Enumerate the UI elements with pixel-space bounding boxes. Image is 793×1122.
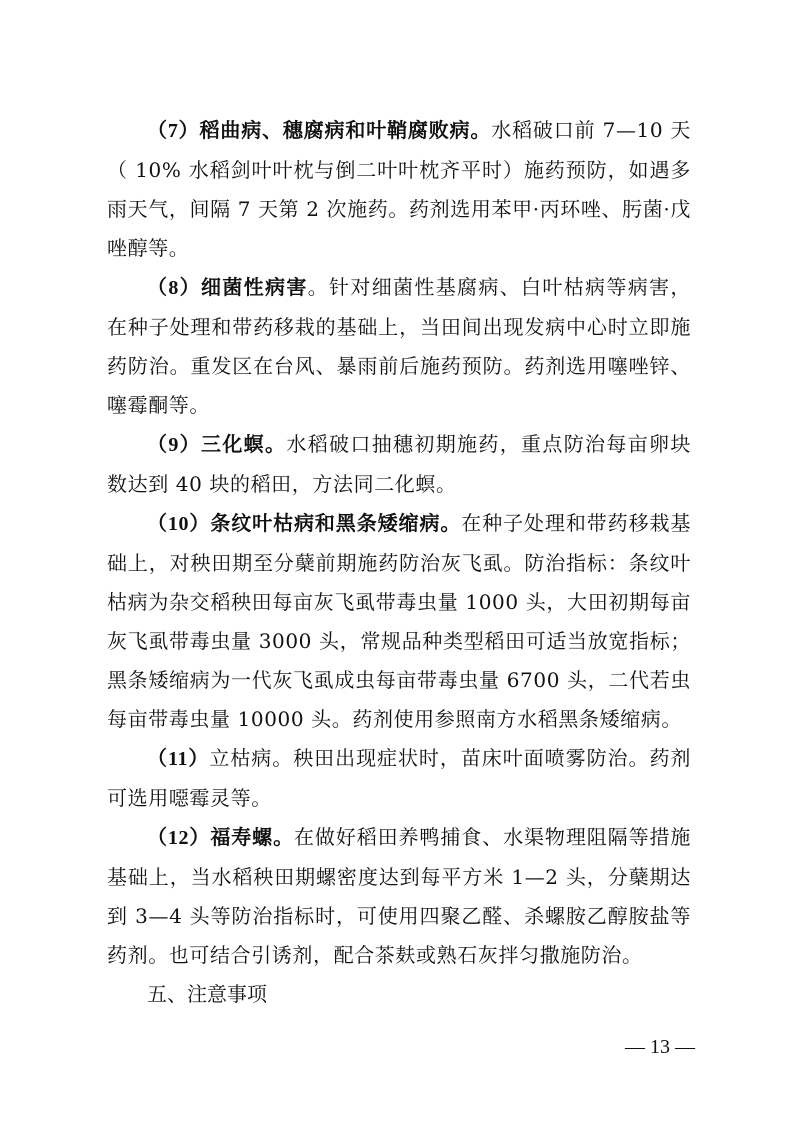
item-title: 稻曲病、穗腐病和叶鞘腐败病。 (200, 118, 492, 142)
paragraph-yellow-stem-borer: （9）三化螟。水稻破口抽穗初期施药，重点防治每亩卵块数达到 40 块的稻田，方法… (107, 425, 691, 504)
item-title: 三化螟。 (201, 432, 286, 456)
paragraph-bacterial-disease: （8）细菌性病害。针对细菌性基腐病、白叶枯病等病害，在种子处理和带药移栽的基础上… (107, 268, 691, 425)
page-number: — 13 — (620, 1036, 700, 1059)
document-body: （7）稻曲病、穗腐病和叶鞘腐败病。水稻破口前 7—10 天（ 10% 水稻剑叶叶… (107, 111, 691, 1014)
paragraph-damping-off: （11）立枯病。秧田出现症状时，苗床叶面喷雾防治。药剂可选用噁霉灵等。 (107, 739, 691, 818)
item-number: （9） (147, 434, 201, 456)
item-body: 在种子处理和带药移栽基础上，对秧田期至分蘖前期施药防治灰飞虱。防治指标：条纹叶枯… (107, 511, 691, 731)
paragraph-rice-false-smut: （7）稻曲病、穗腐病和叶鞘腐败病。水稻破口前 7—10 天（ 10% 水稻剑叶叶… (107, 111, 691, 268)
item-number: （10） (147, 513, 210, 535)
item-number: （8） (147, 277, 201, 299)
item-title: 福寿螺。 (210, 825, 294, 849)
item-title: 细菌性病害 (201, 275, 308, 299)
item-title: 条纹叶枯病和黑条矮缩病。 (210, 511, 461, 535)
item-number: （12） (147, 827, 210, 849)
paragraph-apple-snail: （12）福寿螺。在做好稻田养鸭捕食、水渠物理阻隔等措施基础上，当水稻秧田期螺密度… (107, 818, 691, 975)
item-number: （7） (147, 120, 200, 142)
section-heading: 五、注意事项 (107, 975, 691, 1014)
item-number: （11） (147, 748, 209, 770)
paragraph-stripe-virus: （10）条纹叶枯病和黑条矮缩病。在种子处理和带药移栽基础上，对秧田期至分蘖前期施… (107, 504, 691, 739)
